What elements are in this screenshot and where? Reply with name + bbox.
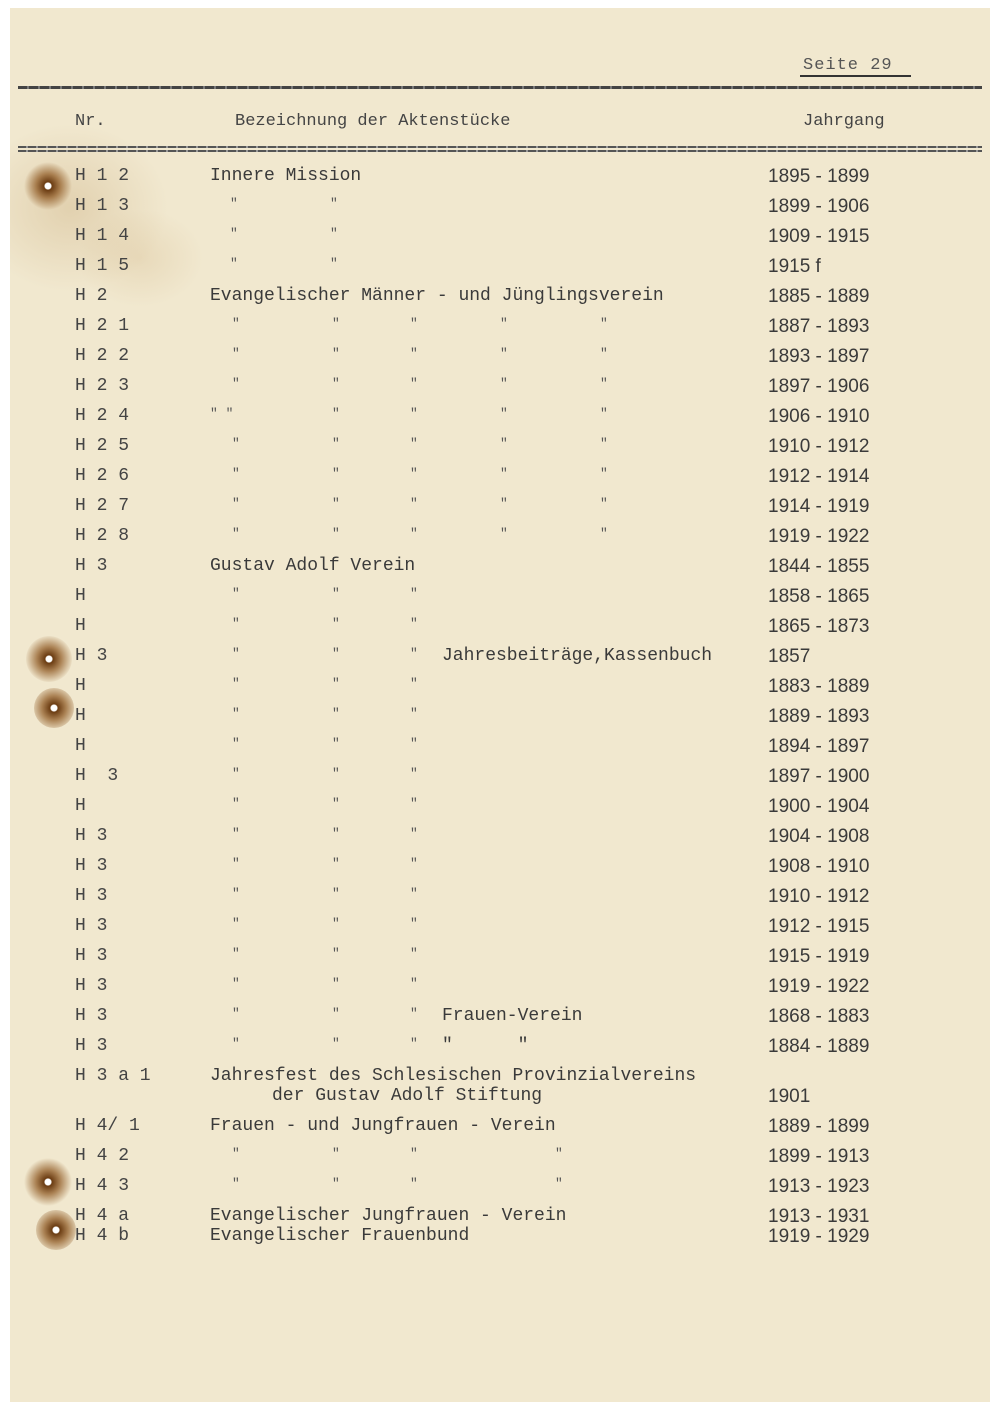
record-description: Frauen - und Jungfrauen - Verein: [210, 1116, 556, 1136]
record-number: H: [75, 616, 86, 636]
record-number: H 1 2: [75, 166, 129, 186]
table-row: H 2 2"""""1893 - 1897: [10, 346, 990, 368]
record-description: Jahresfest des Schlesischen Provinzialve…: [210, 1066, 696, 1086]
ditto-mark: ": [600, 406, 608, 421]
record-number: H 2 4: [75, 406, 129, 426]
ditto-mark: ": [232, 466, 240, 481]
record-description-continued: der Gustav Adolf Stiftung: [272, 1086, 542, 1106]
record-years: 1900 - 1904: [768, 796, 869, 818]
record-years: 1899 - 1906: [768, 196, 869, 218]
record-extra: " ": [442, 1036, 528, 1056]
ditto-mark: ": [230, 256, 238, 271]
table-row: H 2 1"""""1887 - 1893: [10, 316, 990, 338]
ditto-mark: ": [500, 406, 508, 421]
table-row: H"""1889 - 1893: [10, 706, 990, 728]
table-row: H 3"""Jahresbeiträge,Kassenbuch1857: [10, 646, 990, 668]
table-row: H 2 7"""""1914 - 1919: [10, 496, 990, 518]
record-years: 1910 - 1912: [768, 436, 869, 458]
record-years: 1912 - 1914: [768, 466, 869, 488]
ditto-mark: ": [332, 946, 340, 961]
ditto-mark: ": [332, 1036, 340, 1051]
table-row: H 4 2""""1899 - 1913: [10, 1146, 990, 1168]
document-page: Seite 29 Nr. Bezeichnung der Aktenstücke…: [10, 8, 990, 1402]
ditto-mark: ": [232, 886, 240, 901]
ditto-mark: ": [232, 496, 240, 511]
burn-mark: [34, 688, 74, 728]
ditto-mark: ": [410, 496, 418, 511]
record-years: 1919 - 1922: [768, 526, 869, 548]
record-years: 1857: [768, 646, 810, 668]
ditto-mark: ": [330, 196, 338, 211]
ditto-mark: ": [600, 316, 608, 331]
ditto-mark: ": [332, 796, 340, 811]
ditto-mark: ": [410, 316, 418, 331]
record-number: H 4 3: [75, 1176, 129, 1196]
record-description: Evangelischer Männer - und Jünglingsvere…: [210, 286, 664, 306]
record-number: H: [75, 796, 86, 816]
divider-top: [18, 86, 982, 89]
table-row: H 1 4""1909 - 1915: [10, 226, 990, 248]
ditto-mark: ": [232, 676, 240, 691]
record-years: 1909 - 1915: [768, 226, 869, 248]
record-description: Innere Mission: [210, 166, 361, 186]
burn-mark: [24, 162, 72, 210]
record-years: 1908 - 1910: [768, 856, 869, 878]
ditto-mark: ": [232, 586, 240, 601]
record-number: H 4 b: [75, 1226, 129, 1246]
ditto-mark: ": [332, 586, 340, 601]
record-number: H 3 a 1: [75, 1066, 151, 1086]
ditto-mark: ": [232, 766, 240, 781]
record-number: H 2 7: [75, 496, 129, 516]
ditto-mark: ": [410, 856, 418, 871]
ditto-mark: ": [232, 316, 240, 331]
ditto-mark: ": [410, 346, 418, 361]
ditto-mark: ": [410, 526, 418, 541]
record-number: H 1 4: [75, 226, 129, 246]
ditto-mark: ": [330, 226, 338, 241]
record-years: 1899 - 1913: [768, 1146, 869, 1168]
ditto-mark: ": [555, 1176, 563, 1191]
ditto-mark: ": [500, 496, 508, 511]
record-number: H 2 6: [75, 466, 129, 486]
header-jahrgang: Jahrgang: [803, 112, 885, 131]
record-number: H 2 1: [75, 316, 129, 336]
table-row: H 3"""1915 - 1919: [10, 946, 990, 968]
table-row: H 1 5""1915 f: [10, 256, 990, 278]
table-row: H 3"""1919 - 1922: [10, 976, 990, 998]
record-number: H 3: [75, 886, 107, 906]
ditto-mark: ": [230, 196, 238, 211]
record-years: 1906 - 1910: [768, 406, 869, 428]
table-row: H"""1858 - 1865: [10, 586, 990, 608]
ditto-mark: ": [232, 856, 240, 871]
ditto-mark: ": [232, 1006, 240, 1021]
table-row: H 3"""1904 - 1908: [10, 826, 990, 848]
table-row: H 3"""1910 - 1912: [10, 886, 990, 908]
record-years: 1885 - 1889: [768, 286, 869, 308]
ditto-mark: ": [332, 466, 340, 481]
ditto-mark: ": [410, 616, 418, 631]
ditto-mark: ": [410, 916, 418, 931]
record-number: H: [75, 736, 86, 756]
ditto-mark: ": [232, 436, 240, 451]
table-row: H 2Evangelischer Männer - und Jünglingsv…: [10, 286, 990, 308]
record-number: H 2 8: [75, 526, 129, 546]
record-years: 1858 - 1865: [768, 586, 869, 608]
record-years: 1887 - 1893: [768, 316, 869, 338]
ditto-mark: ": [600, 526, 608, 541]
ditto-mark: ": [232, 1036, 240, 1051]
record-years: 1894 - 1897: [768, 736, 869, 758]
ditto-mark: ": [410, 676, 418, 691]
record-number: H 3: [75, 946, 107, 966]
ditto-mark: ": [232, 916, 240, 931]
record-number: H: [75, 676, 86, 696]
record-years: 1910 - 1912: [768, 886, 869, 908]
ditto-mark: ": [500, 526, 508, 541]
ditto-mark: ": [232, 616, 240, 631]
ditto-mark: " ": [210, 406, 233, 421]
ditto-mark: ": [410, 976, 418, 991]
header-nr: Nr.: [75, 112, 106, 131]
ditto-mark: ": [232, 1176, 240, 1191]
table-row: H 4 bEvangelischer Frauenbund1919 - 1929: [10, 1226, 990, 1248]
ditto-mark: ": [410, 376, 418, 391]
ditto-mark: ": [332, 1146, 340, 1161]
table-row: H 4/ 1Frauen - und Jungfrauen - Verein18…: [10, 1116, 990, 1138]
ditto-mark: ": [332, 1006, 340, 1021]
ditto-mark: ": [600, 496, 608, 511]
ditto-mark: ": [410, 736, 418, 751]
record-description: Evangelischer Jungfrauen - Verein: [210, 1206, 566, 1226]
table-row: H 3"""Frauen-Verein1868 - 1883: [10, 1006, 990, 1028]
burn-mark: [26, 636, 72, 682]
record-years: 1897 - 1906: [768, 376, 869, 398]
record-extra: Jahresbeiträge,Kassenbuch: [442, 646, 712, 666]
ditto-mark: ": [232, 706, 240, 721]
ditto-mark: ": [410, 1146, 418, 1161]
ditto-mark: ": [332, 736, 340, 751]
ditto-mark: ": [330, 256, 338, 271]
table-row: H 3"""1897 - 1900: [10, 766, 990, 788]
record-years: 1912 - 1915: [768, 916, 869, 938]
table-row: H 3 a 1Jahresfest des Schlesischen Provi…: [10, 1066, 990, 1088]
record-number: H 2 2: [75, 346, 129, 366]
table-row: H 2 6"""""1912 - 1914: [10, 466, 990, 488]
record-years: 1884 - 1889: [768, 1036, 869, 1058]
table-row: H"""1865 - 1873: [10, 616, 990, 638]
page-number: Seite 29: [800, 56, 911, 77]
record-years: 1844 - 1855: [768, 556, 869, 578]
ditto-mark: ": [410, 646, 418, 661]
record-extra: Frauen-Verein: [442, 1006, 582, 1026]
record-number: H 4/ 1: [75, 1116, 140, 1136]
ditto-mark: ": [410, 796, 418, 811]
ditto-mark: ": [332, 436, 340, 451]
record-number: H 3: [75, 916, 107, 936]
ditto-mark: ": [232, 736, 240, 751]
record-number: H: [75, 706, 86, 726]
ditto-mark: ": [332, 856, 340, 871]
ditto-mark: ": [232, 1146, 240, 1161]
record-number: H 3: [75, 646, 107, 666]
ditto-mark: ": [410, 406, 418, 421]
ditto-mark: ": [332, 616, 340, 631]
record-years: 1893 - 1897: [768, 346, 869, 368]
ditto-mark: ": [332, 316, 340, 331]
record-years: 1889 - 1899: [768, 1116, 869, 1138]
record-number: H: [75, 586, 86, 606]
record-number: H 2 5: [75, 436, 129, 456]
table-row: H 2 8"""""1919 - 1922: [10, 526, 990, 548]
record-number: H 3: [75, 826, 107, 846]
ditto-mark: ": [410, 586, 418, 601]
ditto-mark: ": [500, 346, 508, 361]
record-years: 1915 - 1919: [768, 946, 869, 968]
record-years: 1865 - 1873: [768, 616, 869, 638]
ditto-mark: ": [600, 346, 608, 361]
record-years: 1897 - 1900: [768, 766, 869, 788]
record-number: H 3: [75, 1006, 107, 1026]
ditto-mark: ": [232, 976, 240, 991]
table-row: H 2 5"""""1910 - 1912: [10, 436, 990, 458]
ditto-mark: ": [410, 706, 418, 721]
ditto-mark: ": [230, 226, 238, 241]
ditto-mark: ": [410, 766, 418, 781]
table-row: H"""1883 - 1889: [10, 676, 990, 698]
ditto-mark: ": [410, 466, 418, 481]
ditto-mark: ": [600, 376, 608, 391]
ditto-mark: ": [332, 1176, 340, 1191]
record-years: 1919 - 1922: [768, 976, 869, 998]
ditto-mark: ": [555, 1146, 563, 1161]
ditto-mark: ": [500, 376, 508, 391]
record-number: H 3: [75, 1036, 107, 1056]
ditto-mark: ": [332, 526, 340, 541]
ditto-mark: ": [232, 826, 240, 841]
ditto-mark: ": [410, 946, 418, 961]
record-years: 1868 - 1883: [768, 1006, 869, 1028]
table-row: H 1 3""1899 - 1906: [10, 196, 990, 218]
ditto-mark: ": [410, 436, 418, 451]
record-number: H 4 2: [75, 1146, 129, 1166]
table-row: H 4 3""""1913 - 1923: [10, 1176, 990, 1198]
ditto-mark: ": [232, 946, 240, 961]
record-number: H 3: [75, 766, 118, 786]
ditto-mark: ": [410, 1036, 418, 1051]
table-row: H 3Gustav Adolf Verein1844 - 1855: [10, 556, 990, 578]
ditto-mark: ": [332, 646, 340, 661]
burn-mark: [36, 1210, 76, 1250]
record-years: 1904 - 1908: [768, 826, 869, 848]
ditto-mark: ": [332, 766, 340, 781]
table-row: H 1 2Innere Mission1895 - 1899: [10, 166, 990, 188]
record-number: H 4 a: [75, 1206, 129, 1226]
ditto-mark: ": [332, 376, 340, 391]
ditto-mark: ": [332, 676, 340, 691]
record-years: 1919 - 1929: [768, 1226, 869, 1248]
record-number: H 2: [75, 286, 107, 306]
burn-mark: [20, 1154, 76, 1210]
record-years: 1883 - 1889: [768, 676, 869, 698]
ditto-mark: ": [232, 346, 240, 361]
ditto-mark: ": [410, 886, 418, 901]
ditto-mark: ": [332, 916, 340, 931]
record-description: Gustav Adolf Verein: [210, 556, 415, 576]
ditto-mark: ": [332, 406, 340, 421]
ditto-mark: ": [232, 646, 240, 661]
ditto-mark: ": [332, 346, 340, 361]
record-number: H 1 5: [75, 256, 129, 276]
record-number: H 3: [75, 976, 107, 996]
ditto-mark: ": [600, 436, 608, 451]
record-number: H 3: [75, 556, 107, 576]
record-years: 1915 f: [768, 256, 821, 278]
table-row: H"""1900 - 1904: [10, 796, 990, 818]
table-row: H 3"""" "1884 - 1889: [10, 1036, 990, 1058]
ditto-mark: ": [332, 976, 340, 991]
record-years: 1895 - 1899: [768, 166, 869, 188]
table-row: H 3"""1908 - 1910: [10, 856, 990, 878]
record-years: 1913 - 1931: [768, 1206, 869, 1228]
ditto-mark: ": [332, 496, 340, 511]
ditto-mark: ": [232, 376, 240, 391]
table-row: H 2 4" """""1906 - 1910: [10, 406, 990, 428]
record-number: H 3: [75, 856, 107, 876]
ditto-mark: ": [500, 466, 508, 481]
ditto-mark: ": [410, 826, 418, 841]
ditto-mark: ": [232, 526, 240, 541]
record-years: 1889 - 1893: [768, 706, 869, 728]
table-row: H 3"""1912 - 1915: [10, 916, 990, 938]
ditto-mark: ": [332, 826, 340, 841]
record-years: 1901: [768, 1086, 810, 1108]
ditto-mark: ": [500, 316, 508, 331]
ditto-mark: ": [332, 886, 340, 901]
table-row: H 4 aEvangelischer Jungfrauen - Verein19…: [10, 1206, 990, 1228]
ditto-mark: ": [232, 796, 240, 811]
record-years: 1914 - 1919: [768, 496, 869, 518]
ditto-mark: ": [500, 436, 508, 451]
ditto-mark: ": [600, 466, 608, 481]
header-bezeichnung: Bezeichnung der Aktenstücke: [235, 112, 510, 131]
table-row: H"""1894 - 1897: [10, 736, 990, 758]
ditto-mark: ": [332, 706, 340, 721]
ditto-mark: ": [410, 1006, 418, 1021]
record-description: Evangelischer Frauenbund: [210, 1226, 469, 1246]
record-number: H 1 3: [75, 196, 129, 216]
table-row: H 2 3"""""1897 - 1906: [10, 376, 990, 398]
record-number: H 2 3: [75, 376, 129, 396]
record-years: 1913 - 1923: [768, 1176, 869, 1198]
ditto-mark: ": [410, 1176, 418, 1191]
divider-header: [18, 146, 982, 152]
